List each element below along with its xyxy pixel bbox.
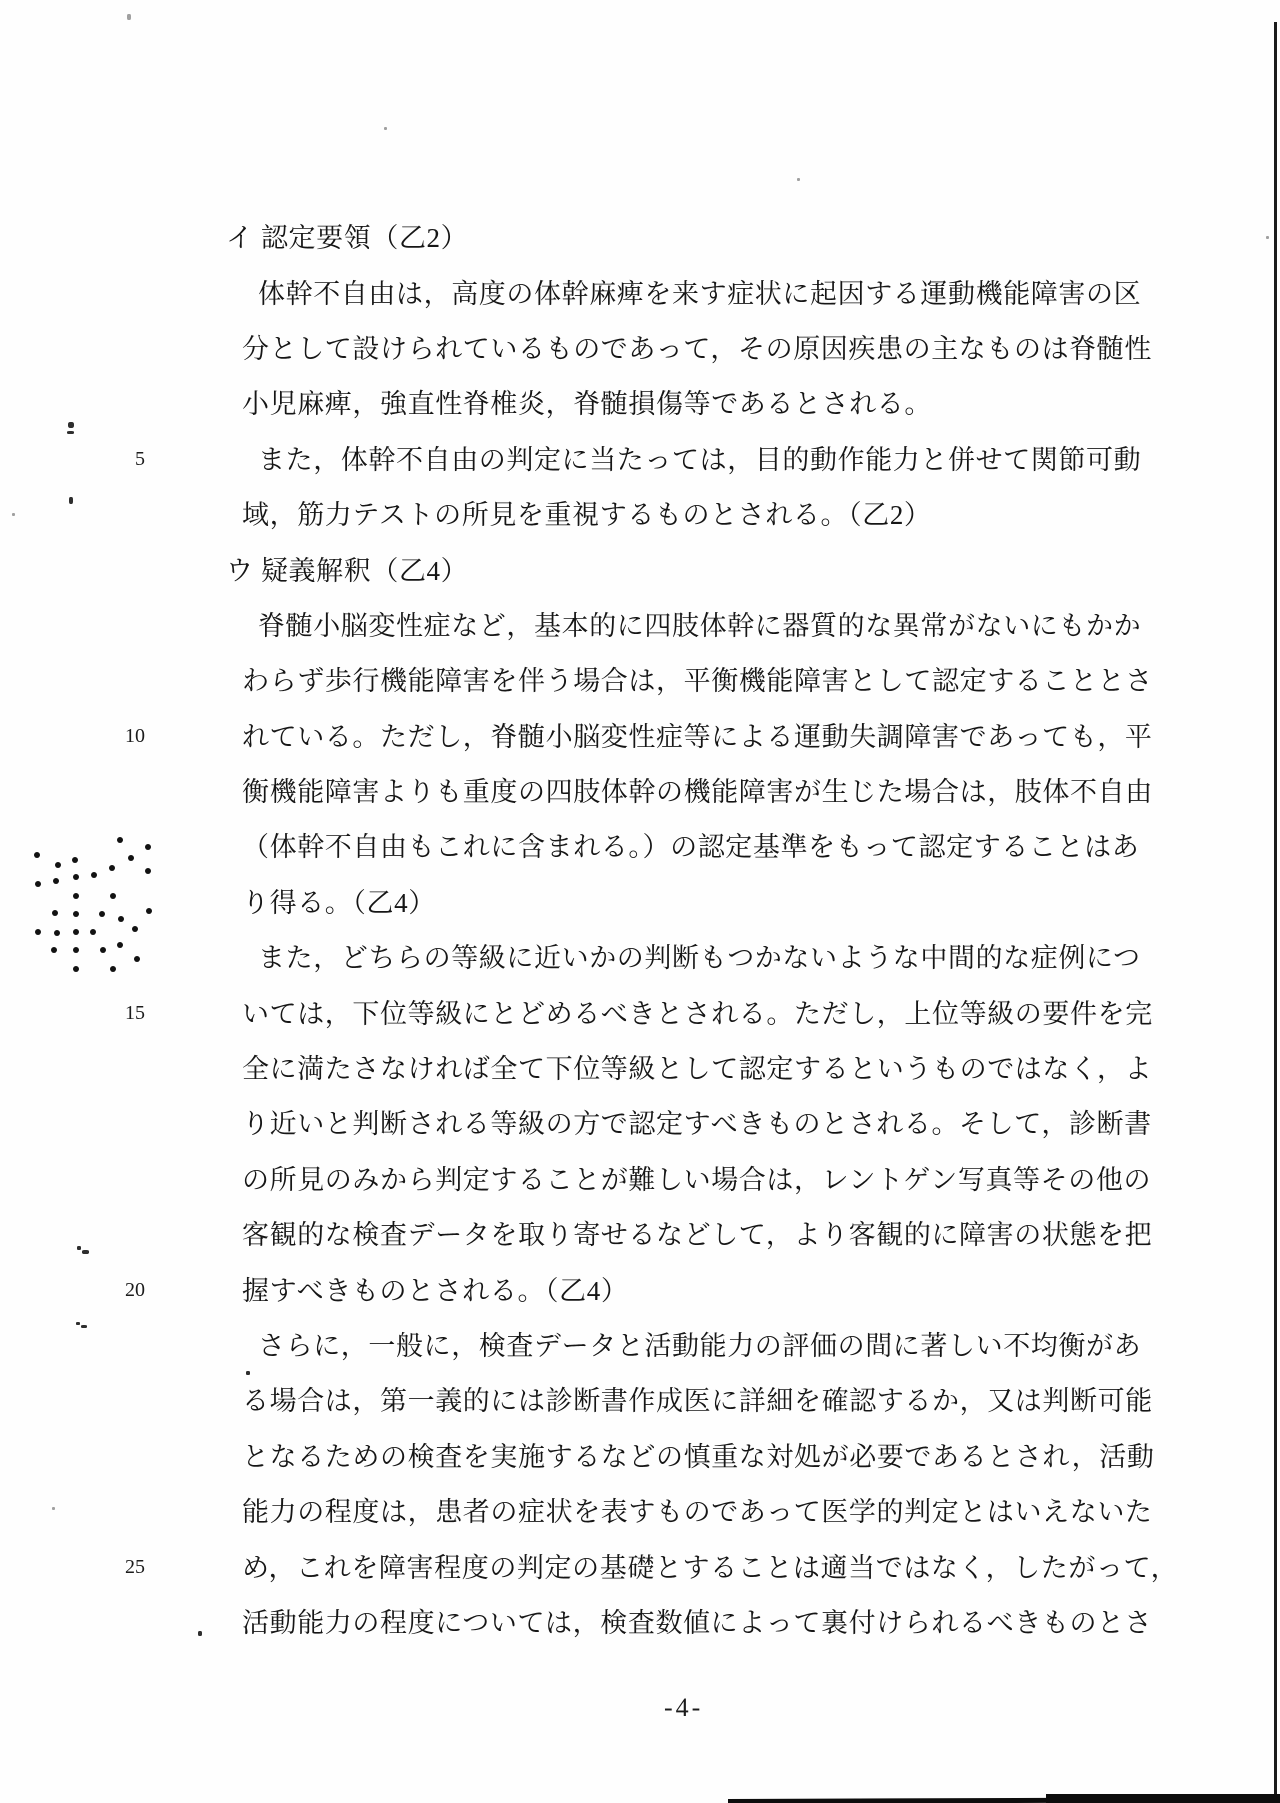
scan-dot [73, 929, 79, 935]
scan-dot [99, 911, 105, 917]
text-line: いては，下位等級にとどめるべきとされる。ただし，上位等級の要件を完 [226, 983, 1230, 1038]
scan-dot [100, 947, 106, 953]
scan-dot [52, 910, 58, 916]
scan-dot [35, 881, 41, 887]
scan-dot [145, 844, 151, 850]
text-line: 活動能力の程度については，検査数値によって裏付けられるべきものとさ [226, 1593, 1230, 1648]
text-line: の所見のみから判定することが難しい場合は，レントゲン写真等その他の [226, 1150, 1230, 1205]
line-number: 5 [101, 448, 145, 471]
scan-dot [73, 893, 79, 899]
scan-speck [69, 497, 73, 504]
scan-dot [35, 929, 41, 935]
scan-speck [67, 431, 74, 434]
line-number: 15 [101, 1002, 145, 1025]
text-line: となるための検査を実施するなどの慎重な対処が必要であるとされ，活動 [226, 1427, 1230, 1482]
scan-speck [246, 1371, 250, 1375]
text-line: 客観的な検査データを取り寄せるなどして，より客観的に障害の状態を把 [226, 1205, 1230, 1260]
scan-dot [110, 893, 116, 899]
text-line: （体幹不自由もこれに含まれる。）の認定基準をもって認定することはあ [226, 817, 1230, 872]
scan-dot [128, 855, 134, 861]
scanned-document-page: 510152025 イ 認定要領（乙2）体幹不自由は，高度の体幹麻痺を来す症状に… [0, 0, 1280, 1803]
scan-speck [127, 14, 131, 20]
text-line: り近いと判断される等級の方で認定すべきものとされる。そして，診断書 [226, 1094, 1230, 1149]
scan-dot [146, 908, 152, 914]
text-line: 握すべきものとされる。（乙4） [226, 1260, 1230, 1315]
scan-dot [53, 878, 59, 884]
text-line: また，どちらの等級に近いかの判断もつかないような中間的な症例につ [226, 928, 1230, 983]
text-line: また，体幹不自由の判定に当たっては，目的動作能力と併せて関節可動 [226, 430, 1230, 485]
scan-speck [1266, 236, 1269, 239]
text-line: る場合は，第一義的には診断書作成医に詳細を確認するか，又は判断可能 [226, 1371, 1230, 1426]
scan-dot [132, 926, 138, 932]
scan-dot [73, 874, 79, 880]
text-line: わらず歩行機能障害を伴う場合は，平衡機能障害として認定することとさ [226, 651, 1230, 706]
scan-speck [82, 1250, 89, 1254]
scan-speck [384, 127, 387, 130]
scan-dot [54, 930, 60, 936]
scan-dot [110, 966, 116, 972]
scan-dot [51, 947, 57, 953]
scan-speck [198, 1631, 202, 1636]
text-line: さらに，一般に，検査データと活動能力の評価の間に著しい不均衡があ [226, 1316, 1230, 1371]
text-line: れている。ただし，脊髄小脳変性症等による運動失調障害であっても，平 [226, 707, 1230, 762]
scan-dot [145, 868, 151, 874]
text-line: 能力の程度は，患者の症状を表すものであって医学的判定とはいえないた [226, 1482, 1230, 1537]
scan-speck [81, 1325, 87, 1328]
line-number: 25 [101, 1556, 145, 1579]
text-line: め，これを障害程度の判定の基礎とすることは適当ではなく，したがって， [226, 1537, 1230, 1592]
text-line: 小児麻痺，強直性脊椎炎，脊髄損傷等であるとされる。 [226, 374, 1230, 429]
scan-dot [117, 837, 123, 843]
scan-speck [52, 1507, 55, 1510]
scan-dot [72, 857, 78, 863]
heading-line: イ 認定要領（乙2） [226, 208, 1230, 263]
text-line: 衡機能障害よりも重度の四肢体幹の機能障害が生じた場合は，肢体不自由 [226, 762, 1230, 817]
scan-edge-bottom-bar-thick [1046, 1794, 1280, 1803]
text-line: 脊髄小脳変性症など，基本的に四肢体幹に器質的な異常がないにもかか [226, 596, 1230, 651]
text-line: 域，筋力テストの所見を重視するものとされる。（乙2） [226, 485, 1230, 540]
scan-dot [117, 942, 123, 948]
heading-line: ウ 疑義解釈（乙4） [226, 540, 1230, 595]
scan-edge-vertical-line [1274, 22, 1277, 1803]
scan-dot [90, 929, 96, 935]
text-line: 全に満たさなければ全て下位等級として認定するというものではなく，よ [226, 1039, 1230, 1094]
scan-dot [91, 872, 97, 878]
text-line: り得る。（乙4） [226, 873, 1230, 928]
scan-dot [55, 862, 61, 868]
scan-speck [76, 1322, 80, 1325]
scan-speck [12, 513, 15, 516]
scan-dot [109, 865, 115, 871]
scan-dot [73, 966, 79, 972]
text-line: 分として設けられているものであって，その原因疾患の主なものは脊髄性 [226, 319, 1230, 374]
text-line: 体幹不自由は，高度の体幹麻痺を来す症状に起因する運動機能障害の区 [226, 263, 1230, 318]
scan-dot [73, 911, 79, 917]
page-number: -4- [664, 1693, 703, 1723]
line-number: 10 [101, 725, 145, 748]
scan-speck [68, 422, 74, 428]
scan-dot [134, 956, 140, 962]
scan-dot [73, 947, 79, 953]
scan-speck [797, 178, 800, 181]
document-body-text: イ 認定要領（乙2）体幹不自由は，高度の体幹麻痺を来す症状に起因する運動機能障害… [226, 208, 1230, 1648]
scan-dot [118, 916, 124, 922]
scan-speck [77, 1246, 81, 1250]
line-number: 20 [101, 1279, 145, 1302]
scan-dot [34, 852, 40, 858]
